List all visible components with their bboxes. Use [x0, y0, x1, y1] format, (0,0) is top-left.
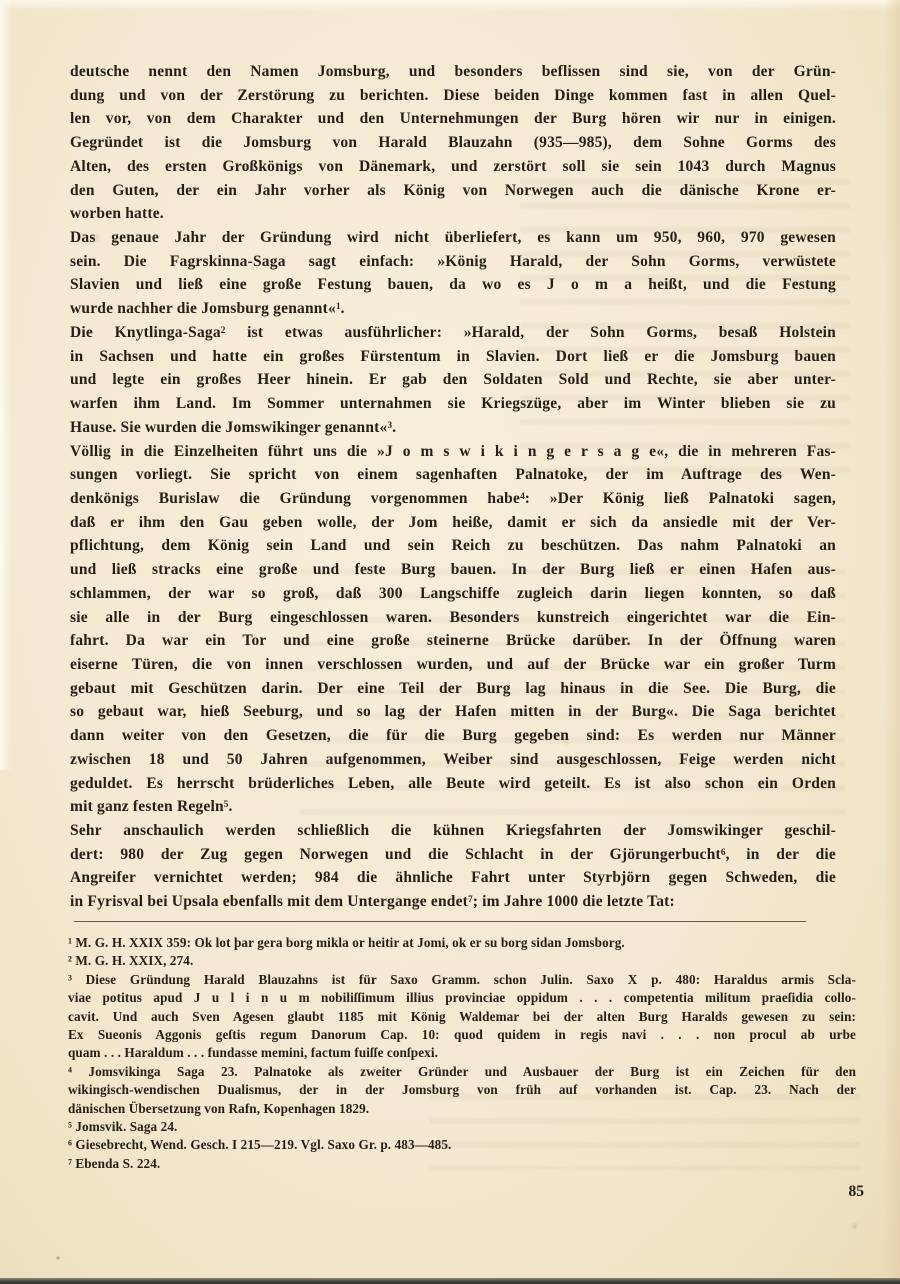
page-number: 85 [849, 1183, 865, 1201]
body-line: dert: 980 der Zug gegen Norwegen und die… [70, 843, 836, 867]
body-line: so gebaut war, hieß Seeburg, und so lag … [70, 700, 836, 724]
page-edge-left [0, 0, 12, 770]
footnote: 2 M. G. H. XXIX, 274. [68, 952, 856, 970]
footnote-line: 4 Jomsvikinga Saga 23. Palnatoke als zwe… [68, 1063, 856, 1081]
footnote: 1 M. G. H. XXIX 359: Ok lot þar gera bor… [68, 934, 856, 952]
footnote-line: wikingisch-wendischen Dualismus, der in … [68, 1081, 856, 1099]
footnote-line: dänischen Übersetzung von Rafn, Kopenhag… [68, 1100, 856, 1118]
body-line: dann weiter von den Gesetzen, die für di… [70, 724, 836, 748]
body-line: mit ganz festen Regeln5. [70, 795, 836, 819]
page-edge-bottom [0, 1278, 900, 1284]
body-line: in Sachsen und hatte ein großes Fürstent… [70, 345, 836, 369]
body-line: und ließ stracks eine große und feste Bu… [70, 558, 836, 582]
footnote-line: 1 M. G. H. XXIX 359: Ok lot þar gera bor… [68, 934, 856, 952]
body-line: worben hatte. [70, 202, 836, 226]
body-line: in Fyrisval bei Upsala ebenfalls mit dem… [70, 890, 836, 914]
body-line: daß er ihm den Gau geben wolle, der Jom … [70, 511, 836, 535]
body-line: schlammen, der war so groß, daß 300 Lang… [70, 582, 836, 606]
body-line: Die Knytlinga-Saga2 ist etwas ausführlic… [70, 321, 836, 345]
body-line: und legte ein großes Heer hinein. Er gab… [70, 368, 836, 392]
body-line: fahrt. Da war ein Tor und eine große ste… [70, 629, 836, 653]
body-line: warfen ihm Land. Im Sommer unternahmen s… [70, 392, 836, 416]
footnote: 6 Giesebrecht, Wend. Gesch. I 215—219. V… [68, 1136, 856, 1154]
body-line: wurde nachher die Jomsburg genannt«1. [70, 297, 836, 321]
body-line: deutsche nennt den Namen Jomsburg, und b… [70, 60, 836, 84]
body-line: sein. Die Fagrskinna-Saga sagt einfach: … [70, 250, 836, 274]
paragraph: Das genaue Jahr der Gründung wird nicht … [70, 226, 836, 321]
footnote-line: cavit. Und auch Sven Agesen glaubt 1185 … [68, 1008, 856, 1026]
paragraph: Die Knytlinga-Saga2 ist etwas ausführlic… [70, 321, 836, 440]
body-line: zwischen 18 und 50 Jahren aufgenommen, W… [70, 748, 836, 772]
body-line: Völlig in die Einzelheiten führt uns die… [70, 440, 836, 464]
body-line: denkönigs Burislaw die Gründung vorgenom… [70, 487, 836, 511]
footnote-separator [74, 921, 806, 922]
footnote-line: viae potitus apud J u l i n u m nobiliſſ… [68, 989, 856, 1007]
footnote-line: quam . . . Haraldum . . . fundasse memin… [68, 1044, 856, 1062]
footnote: 7 Ebenda S. 224. [68, 1155, 856, 1173]
body-line: Gegründet ist die Jomsburg von Harald Bl… [70, 131, 836, 155]
footnotes: 1 M. G. H. XXIX 359: Ok lot þar gera bor… [68, 934, 856, 1173]
body-line: eiserne Türen, die von innen verschlosse… [70, 653, 836, 677]
body-line: Angreifer vernichtet werden; 984 die ähn… [70, 866, 836, 890]
body-line: Slavien und ließ eine große Festung baue… [70, 273, 836, 297]
body-line: geduldet. Es herrscht brüderliches Leben… [70, 772, 836, 796]
footnote-line: 7 Ebenda S. 224. [68, 1155, 856, 1173]
body-line: dung und von der Zerstörung zu berichten… [70, 84, 836, 108]
paragraph: deutsche nennt den Namen Jomsburg, und b… [70, 60, 836, 226]
body-line: pflichtung, dem König sein Land und sein… [70, 534, 836, 558]
body-line: len vor, von dem Charakter und den Unter… [70, 107, 836, 131]
body-line: sie alle in der Burg eingeschlossen ware… [70, 606, 836, 630]
footnote: 3 Diese Gründung Harald Blauzahns ist fü… [68, 971, 856, 1063]
footnote: 5 Jomsvik. Saga 24. [68, 1118, 856, 1136]
body-line: sungen vorliegt. Sie spricht von einem s… [70, 463, 836, 487]
footnote-line: 5 Jomsvik. Saga 24. [68, 1118, 856, 1136]
footnote-line: 3 Diese Gründung Harald Blauzahns ist fü… [68, 971, 856, 989]
page-edge-right [884, 0, 900, 1284]
body-line: Hause. Sie wurden die Jomswikinger genan… [70, 416, 836, 440]
scanned-book-page: deutsche nennt den Namen Jomsburg, und b… [0, 0, 900, 1284]
footnote-line: 2 M. G. H. XXIX, 274. [68, 952, 856, 970]
page-edge-top [0, 0, 900, 10]
body-line: Das genaue Jahr der Gründung wird nicht … [70, 226, 836, 250]
body-line: Alten, des ersten Großkönigs von Dänemar… [70, 155, 836, 179]
body-line: gebaut mit Geschützen darin. Der eine Te… [70, 677, 836, 701]
footnote-line: Ex Sueonis Aggonis geſtis regum Danorum … [68, 1026, 856, 1044]
body-line: Sehr anschaulich werden schließlich die … [70, 819, 836, 843]
paragraph: Völlig in die Einzelheiten führt uns die… [70, 440, 836, 820]
footnote: 4 Jomsvikinga Saga 23. Palnatoke als zwe… [68, 1063, 856, 1118]
body-line: den Guten, der ein Jahr vorher als König… [70, 179, 836, 203]
footnote-line: 6 Giesebrecht, Wend. Gesch. I 215—219. V… [68, 1136, 856, 1154]
paragraph: Sehr anschaulich werden schließlich die … [70, 819, 836, 914]
body-text: deutsche nennt den Namen Jomsburg, und b… [70, 60, 836, 914]
